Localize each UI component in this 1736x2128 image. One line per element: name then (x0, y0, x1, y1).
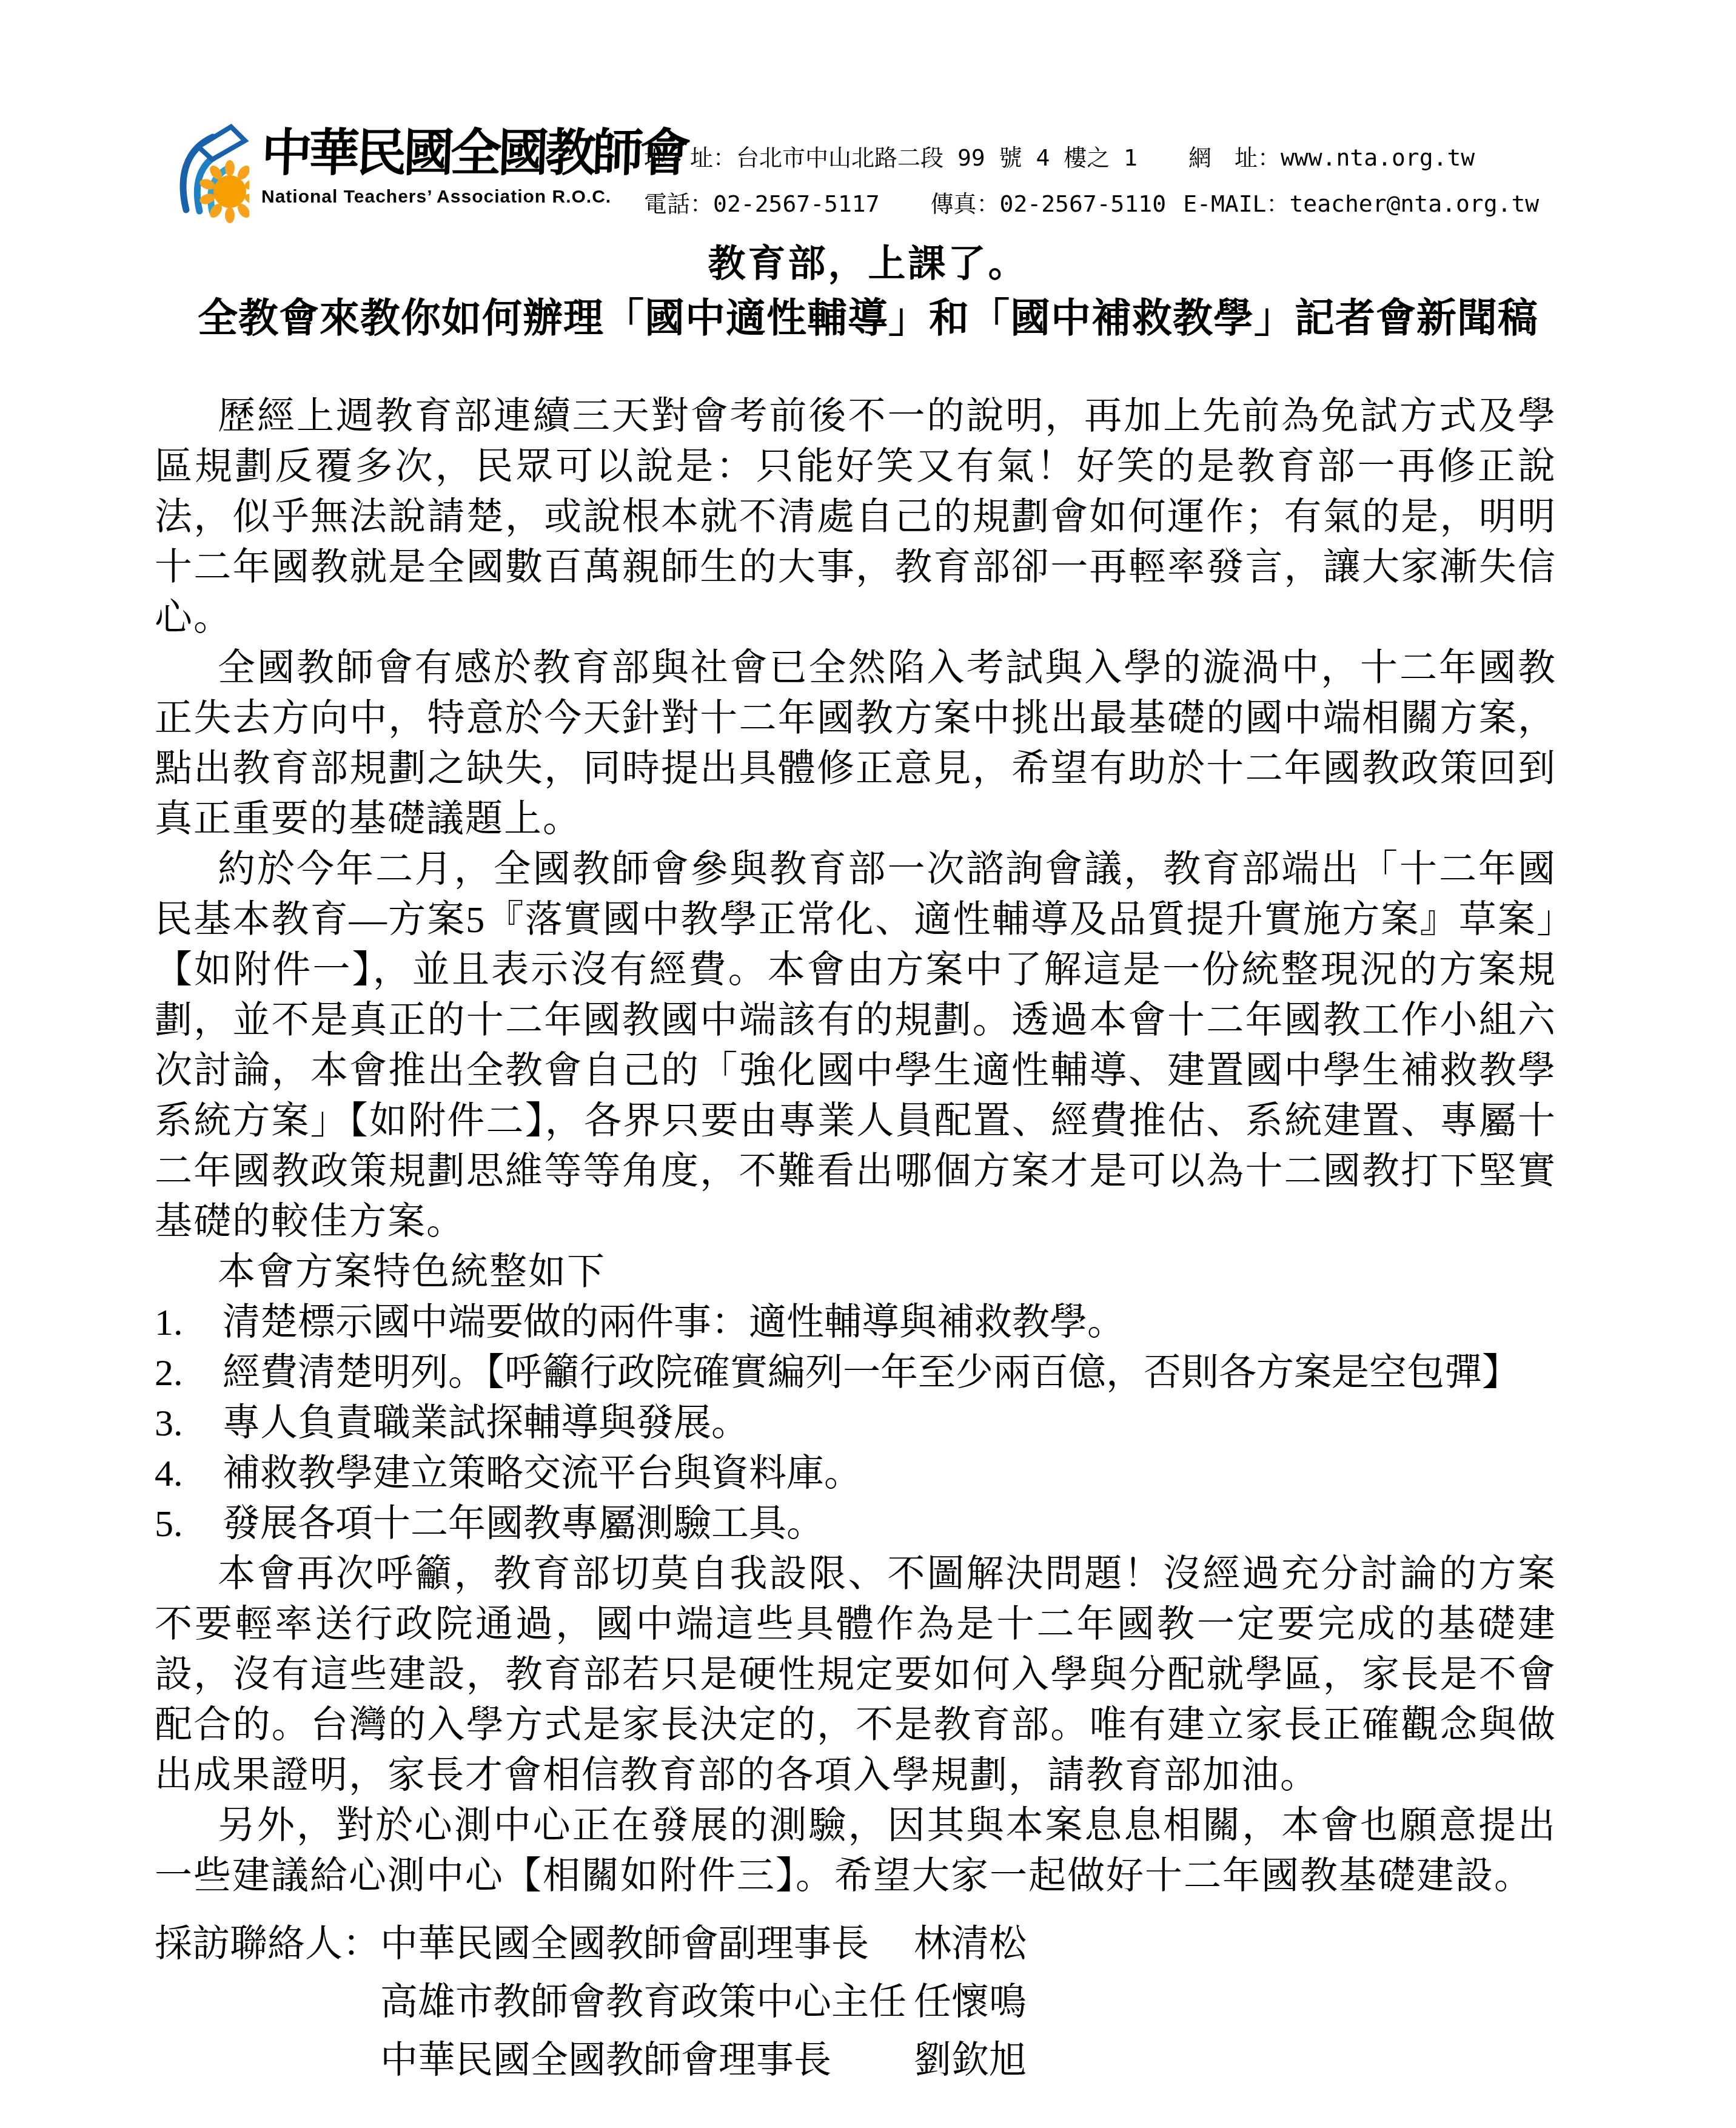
list-item-text: 專人負責職業試探輔導與發展。 (223, 1398, 1557, 1449)
email-value: teacher@nta.org.tw (1289, 190, 1539, 217)
list-item-text: 補救教學建立策略交流平台與資料庫。 (223, 1449, 1557, 1499)
list-item-text: 經費清楚明列。【呼籲行政院確實編列一年至少兩百億，否則各方案是空包彈】 (223, 1348, 1557, 1398)
org-name-zh: 中華民國全國教師會 (260, 124, 688, 184)
list-item-number: 3. (155, 1398, 223, 1449)
letterhead: 中華民國全國教師會 National Teachers’ Association… (178, 119, 1663, 223)
fax-value: 02-2567-5110 (1000, 190, 1167, 217)
contact-row: 採訪聯絡人： 中華民國全國教師會副理事長 林清松 (155, 1915, 1027, 1973)
doc-subtitle: 全教會來教你如何辦理「國中適性輔導」和「國中補救教學」記者會新聞稿 (0, 291, 1736, 347)
contact-row: 高雄市教師會教育政策中心主任 任懷鳴 (155, 1973, 1027, 2032)
list-item-text: 發展各項十二年國教專屬測驗工具。 (223, 1499, 1557, 1549)
list-item: 5. 發展各項十二年國教專屬測驗工具。 (155, 1499, 1557, 1549)
contacts-label: 採訪聯絡人： (155, 1915, 380, 1973)
contact-person-title: 高雄市教師會教育政策中心主任 (380, 1973, 914, 2032)
list-item: 2. 經費清楚明列。【呼籲行政院確實編列一年至少兩百億，否則各方案是空包彈】 (155, 1348, 1557, 1398)
document-body: 歷經上週教育部連續三天對會考前後不一的說明，再加上先前為免試方式及學區規劃反覆多… (155, 392, 1557, 1902)
contact-row: 中華民國全國教師會理事長 劉欽旭 (155, 2032, 1027, 2090)
contact-person-title: 中華民國全國教師會副理事長 (380, 1915, 914, 1973)
contact-person-name: 劉欽旭 (914, 2032, 1027, 2090)
paragraph: 本會再次呼籲，教育部切莫自我設限、不圖解決問題！沒經過充分討論的方案不要輕率送行… (155, 1549, 1557, 1801)
email-label: E-MAIL： (1183, 190, 1289, 217)
phone-label: 電話： (644, 190, 713, 217)
list-item-number: 4. (155, 1449, 223, 1499)
title-block: 教育部，上課了。 全教會來教你如何辦理「國中適性輔導」和「國中補救教學」記者會新… (0, 238, 1736, 347)
letterhead-contact-info: 地 址：台北市中山北路二段 99 號 4 樓之 1網 址：www.nta.org… (644, 135, 1539, 227)
list-item-number: 1. (155, 1298, 223, 1348)
contact-person-title: 中華民國全國教師會理事長 (380, 2032, 914, 2090)
contacts-label-spacer (155, 2032, 380, 2090)
paragraph: 歷經上週教育部連續三天對會考前後不一的說明，再加上先前為免試方式及學區規劃反覆多… (155, 392, 1557, 643)
contacts-label-spacer (155, 1973, 380, 2032)
logo-sun-disc (213, 175, 246, 208)
document-page: 中華民國全國教師會 National Teachers’ Association… (0, 0, 1736, 2128)
org-logo-icon (178, 119, 249, 223)
letterhead-address-line: 地 址：台北市中山北路二段 99 號 4 樓之 1網 址：www.nta.org… (644, 135, 1539, 181)
org-name-en: National Teachers’ Association R.O.C. (261, 187, 687, 207)
list-heading: 本會方案特色統整如下 (155, 1247, 1557, 1298)
website-label: 網 址： (1188, 144, 1281, 171)
list-item: 4. 補救教學建立策略交流平台與資料庫。 (155, 1449, 1557, 1499)
contact-person-name: 林清松 (914, 1915, 1027, 1973)
list-item: 1. 清楚標示國中端要做的兩件事：適性輔導與補救教學。 (155, 1298, 1557, 1348)
press-contacts: 採訪聯絡人： 中華民國全國教師會副理事長 林清松 高雄市教師會教育政策中心主任 … (155, 1915, 1027, 2090)
paragraph: 另外，對於心測中心正在發展的測驗，因其與本案息息相關，本會也願意提出一些建議給心… (155, 1801, 1557, 1902)
website-value: www.nta.org.tw (1281, 144, 1475, 171)
address-value: 台北市中山北路二段 99 號 4 樓之 1 (736, 144, 1138, 171)
logo-cap-shape (198, 127, 245, 159)
paragraph: 約於今年二月，全國教師會參與教育部一次諮詢會議，教育部端出「十二年國民基本教育—… (155, 845, 1557, 1247)
address-label: 地 址： (644, 144, 736, 171)
letterhead-phone-line: 電話：02-2567-5117傳真：02-2567-5110E-MAIL：tea… (644, 181, 1539, 227)
list-item-number: 2. (155, 1348, 223, 1398)
list-item-text: 清楚標示國中端要做的兩件事：適性輔導與補救教學。 (223, 1298, 1557, 1348)
phone-value: 02-2567-5117 (713, 190, 880, 217)
contact-person-name: 任懷鳴 (914, 1973, 1027, 2032)
doc-title: 教育部，上課了。 (0, 238, 1736, 291)
fax-label: 傳真： (931, 190, 1000, 217)
list-item-number: 5. (155, 1499, 223, 1549)
list-item: 3. 專人負責職業試探輔導與發展。 (155, 1398, 1557, 1449)
paragraph: 全國教師會有感於教育部與社會已全然陷入考試與入學的漩渦中，十二年國教正失去方向中… (155, 643, 1557, 845)
